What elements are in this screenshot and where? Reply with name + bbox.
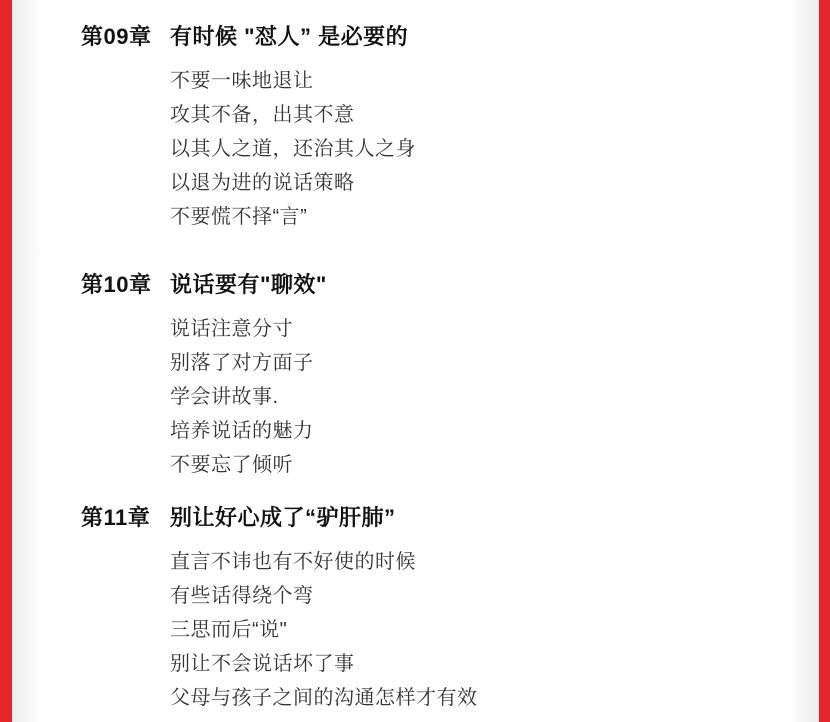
toc-item: 别让不会说话坏了事 — [170, 647, 785, 681]
left-edge-shadow — [12, 0, 41, 722]
chapter-header: 第09章 有时候 "怼人” 是必要的 — [81, 24, 785, 50]
toc-item: 不要慌不择“言” — [170, 200, 785, 234]
chapter-number: 第11章 — [81, 505, 170, 531]
toc-item: 父母与孩子之间的沟通怎样才有效 — [170, 681, 785, 715]
toc-item: 不要一味地退让 — [170, 64, 785, 98]
chapter-title: 有时候 "怼人” 是必要的 — [170, 24, 408, 50]
chapter-header: 第10章 说话要有"聊效" — [81, 272, 785, 298]
right-edge-shadow — [790, 0, 819, 722]
toc-item: 说话注意分寸 — [170, 312, 785, 346]
toc-item: 别落了对方面子 — [170, 346, 785, 380]
toc-item: 三思而后“说" — [170, 613, 785, 647]
toc-item: 不要忘了倾听 — [170, 448, 785, 482]
toc-item: 攻其不备，出其不意 — [170, 98, 785, 132]
toc-chapter: 第10章 说话要有"聊效" 说话注意分寸 别落了对方面子 学会讲故事. 培养说话… — [81, 272, 785, 482]
toc-item: 直言不讳也有不好使的时候 — [170, 545, 785, 579]
table-of-contents: 第09章 有时候 "怼人” 是必要的 不要一味地退让 攻其不备，出其不意 以其人… — [81, 0, 785, 715]
right-red-bar — [819, 0, 830, 722]
toc-chapter: 第09章 有时候 "怼人” 是必要的 不要一味地退让 攻其不备，出其不意 以其人… — [81, 24, 785, 234]
chapter-title: 说话要有"聊效" — [170, 272, 327, 298]
toc-item: 以退为进的说话策略 — [170, 166, 785, 200]
chapter-header: 第11章 别让好心成了“驴肝肺” — [81, 505, 785, 531]
toc-item: 以其人之道，还治其人之身 — [170, 132, 785, 166]
chapter-item-list: 说话注意分寸 别落了对方面子 学会讲故事. 培养说话的魅力 不要忘了倾听 — [170, 312, 785, 482]
left-red-bar — [0, 0, 12, 722]
chapter-item-list: 直言不讳也有不好使的时候 有些话得绕个弯 三思而后“说" 别让不会说话坏了事 父… — [170, 545, 785, 715]
chapter-number: 第10章 — [81, 272, 170, 298]
toc-chapter: 第11章 别让好心成了“驴肝肺” 直言不讳也有不好使的时候 有些话得绕个弯 三思… — [81, 505, 785, 715]
chapter-item-list: 不要一味地退让 攻其不备，出其不意 以其人之道，还治其人之身 以退为进的说话策略… — [170, 64, 785, 234]
chapter-number: 第09章 — [81, 24, 170, 50]
toc-item: 培养说话的魅力 — [170, 414, 785, 448]
toc-item: 学会讲故事. — [170, 380, 785, 414]
toc-item: 有些话得绕个弯 — [170, 579, 785, 613]
chapter-title: 别让好心成了“驴肝肺” — [170, 505, 396, 531]
